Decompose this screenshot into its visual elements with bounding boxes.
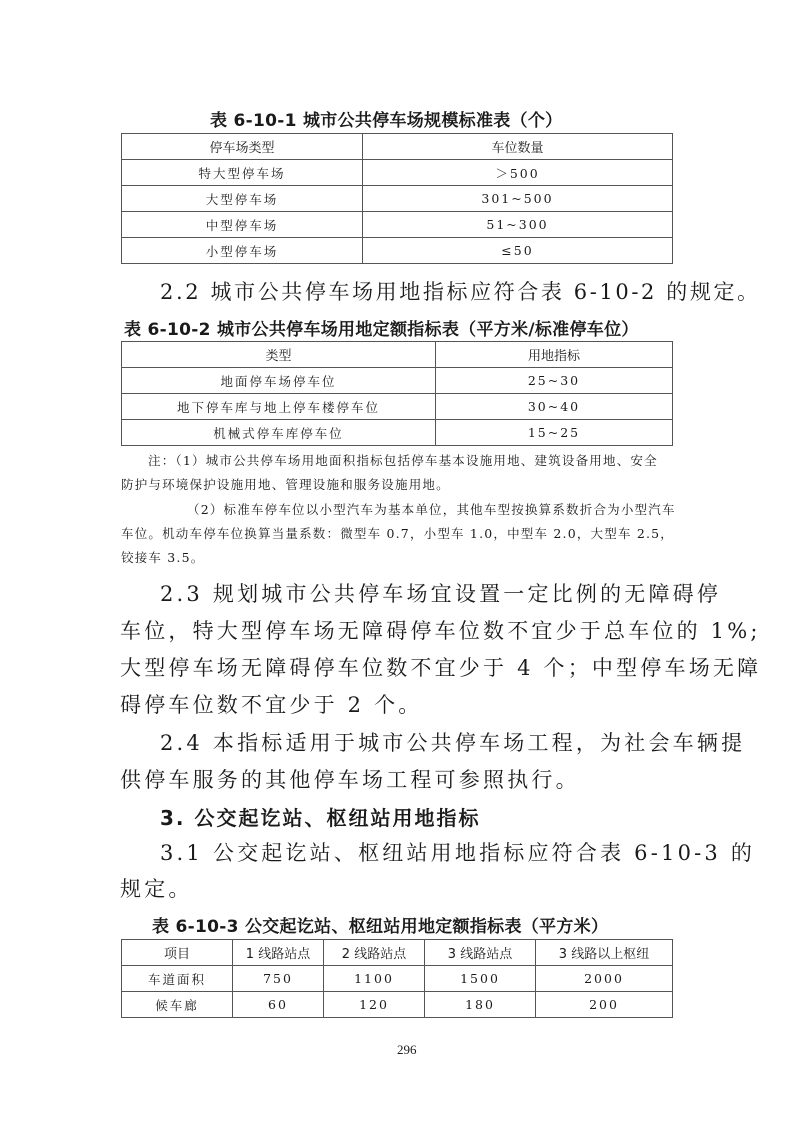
table-cell: 120 <box>324 992 425 1018</box>
table3-caption: 表 6-10-3 公交起讫站、枢纽站用地定额指标表（平方米） <box>152 912 608 937</box>
table1-caption: 表 6-10-1 城市公共停车场规模标准表（个） <box>210 106 562 131</box>
table-row: 机械式停车库停车位 15~25 <box>122 420 673 446</box>
table-cell: 750 <box>233 966 324 992</box>
table-header-row: 类型 用地指标 <box>122 342 673 368</box>
table-header-cell: 用地指标 <box>436 342 673 368</box>
paragraph-2-3-line: 2.3 规划城市公共停车场宜设置一定比例的无障碍停 <box>160 575 721 614</box>
paragraph-3-1-line: 3.1 公交起讫站、枢纽站用地指标应符合表 6-10-3 的 <box>160 834 755 873</box>
table-header-cell: 项目 <box>122 940 233 966</box>
paragraph-2-2: 2.2 城市公共停车场用地指标应符合表 6-10-2 的规定。 <box>160 273 761 312</box>
table-header-cell: 3 线路以上枢纽 <box>536 940 673 966</box>
paragraph-2-3-line: 大型停车场无障碍停车位数不宜少于 4 个；中型停车场无障 <box>120 649 761 688</box>
table-row: 地面停车场停车位 25~30 <box>122 368 673 394</box>
table-header-cell: 车位数量 <box>363 134 673 160</box>
table-row: 中型停车场 51~300 <box>122 212 673 238</box>
paragraph-3-1-line: 规定。 <box>120 870 193 909</box>
table-header-row: 停车场类型 车位数量 <box>122 134 673 160</box>
table-header-cell: 类型 <box>122 342 436 368</box>
table-cell: 小型停车场 <box>122 238 363 264</box>
paragraph-2-4-line: 供停车服务的其他停车场工程可参照执行。 <box>120 761 580 800</box>
table-row: 车道面积 750 1100 1500 2000 <box>122 966 673 992</box>
table-cell: 中型停车场 <box>122 212 363 238</box>
table-cell: 200 <box>536 992 673 1018</box>
table-cell: 车道面积 <box>122 966 233 992</box>
table-row: 地下停车库与地上停车楼停车位 30~40 <box>122 394 673 420</box>
table-cell: 1500 <box>425 966 536 992</box>
table-row: 候车廊 60 120 180 200 <box>122 992 673 1018</box>
table2-caption: 表 6-10-2 城市公共停车场用地定额指标表（平方米/标准停车位） <box>124 315 639 340</box>
table-header-row: 项目 1 线路站点 2 线路站点 3 线路站点 3 线路以上枢纽 <box>122 940 673 966</box>
table1: 停车场类型 车位数量 特大型停车场 ＞500 大型停车场 301~500 中型停… <box>121 133 673 264</box>
table-cell: 30~40 <box>436 394 673 420</box>
note-line: （2）标准车停车位以小型汽车为基本单位，其他车型按换算系数折合为小型汽车 <box>187 498 676 522</box>
table-row: 大型停车场 301~500 <box>122 186 673 212</box>
table-header-cell: 停车场类型 <box>122 134 363 160</box>
note-line: 车位。机动车停车位换算当量系数：微型车 0.7，小型车 1.0，中型车 2.0，… <box>121 522 674 546</box>
section-heading: 3. 公交起讫站、枢纽站用地指标 <box>160 802 480 831</box>
table-row: 特大型停车场 ＞500 <box>122 160 673 186</box>
table2: 类型 用地指标 地面停车场停车位 25~30 地下停车库与地上停车楼停车位 30… <box>121 341 673 446</box>
table-cell: 25~30 <box>436 368 673 394</box>
note-line: 防护与环境保护设施用地、管理设施和服务设施用地。 <box>121 473 450 497</box>
table-cell: 51~300 <box>363 212 673 238</box>
table-cell: 2000 <box>536 966 673 992</box>
table-cell: 301~500 <box>363 186 673 212</box>
note-line: 铰接车 3.5。 <box>121 546 204 570</box>
paragraph-2-3-line: 车位，特大型停车场无障碍停车位数不宜少于总车位的 1%; <box>120 612 761 651</box>
table-header-cell: 3 线路站点 <box>425 940 536 966</box>
page-number: 296 <box>397 1042 417 1058</box>
table-cell: 特大型停车场 <box>122 160 363 186</box>
table-row: 小型停车场 ≤50 <box>122 238 673 264</box>
table-header-cell: 1 线路站点 <box>233 940 324 966</box>
table-cell: 1100 <box>324 966 425 992</box>
paragraph-2-3-line: 碍停车位数不宜少于 2 个。 <box>120 686 423 725</box>
table-cell: 地面停车场停车位 <box>122 368 436 394</box>
table-cell: 15~25 <box>436 420 673 446</box>
table-header-cell: 2 线路站点 <box>324 940 425 966</box>
table3: 项目 1 线路站点 2 线路站点 3 线路站点 3 线路以上枢纽 车道面积 75… <box>121 939 673 1018</box>
table-cell: 候车廊 <box>122 992 233 1018</box>
table-cell: ≤50 <box>363 238 673 264</box>
table-cell: 地下停车库与地上停车楼停车位 <box>122 394 436 420</box>
table-cell: ＞500 <box>363 160 673 186</box>
paragraph-2-4-line: 2.4 本指标适用于城市公共停车场工程，为社会车辆提 <box>160 724 745 763</box>
table-cell: 60 <box>233 992 324 1018</box>
table-cell: 大型停车场 <box>122 186 363 212</box>
table-cell: 180 <box>425 992 536 1018</box>
table-cell: 机械式停车库停车位 <box>122 420 436 446</box>
note-line: 注：（1）城市公共停车场用地面积指标包括停车基本设施用地、建筑设备用地、安全 <box>148 449 658 473</box>
